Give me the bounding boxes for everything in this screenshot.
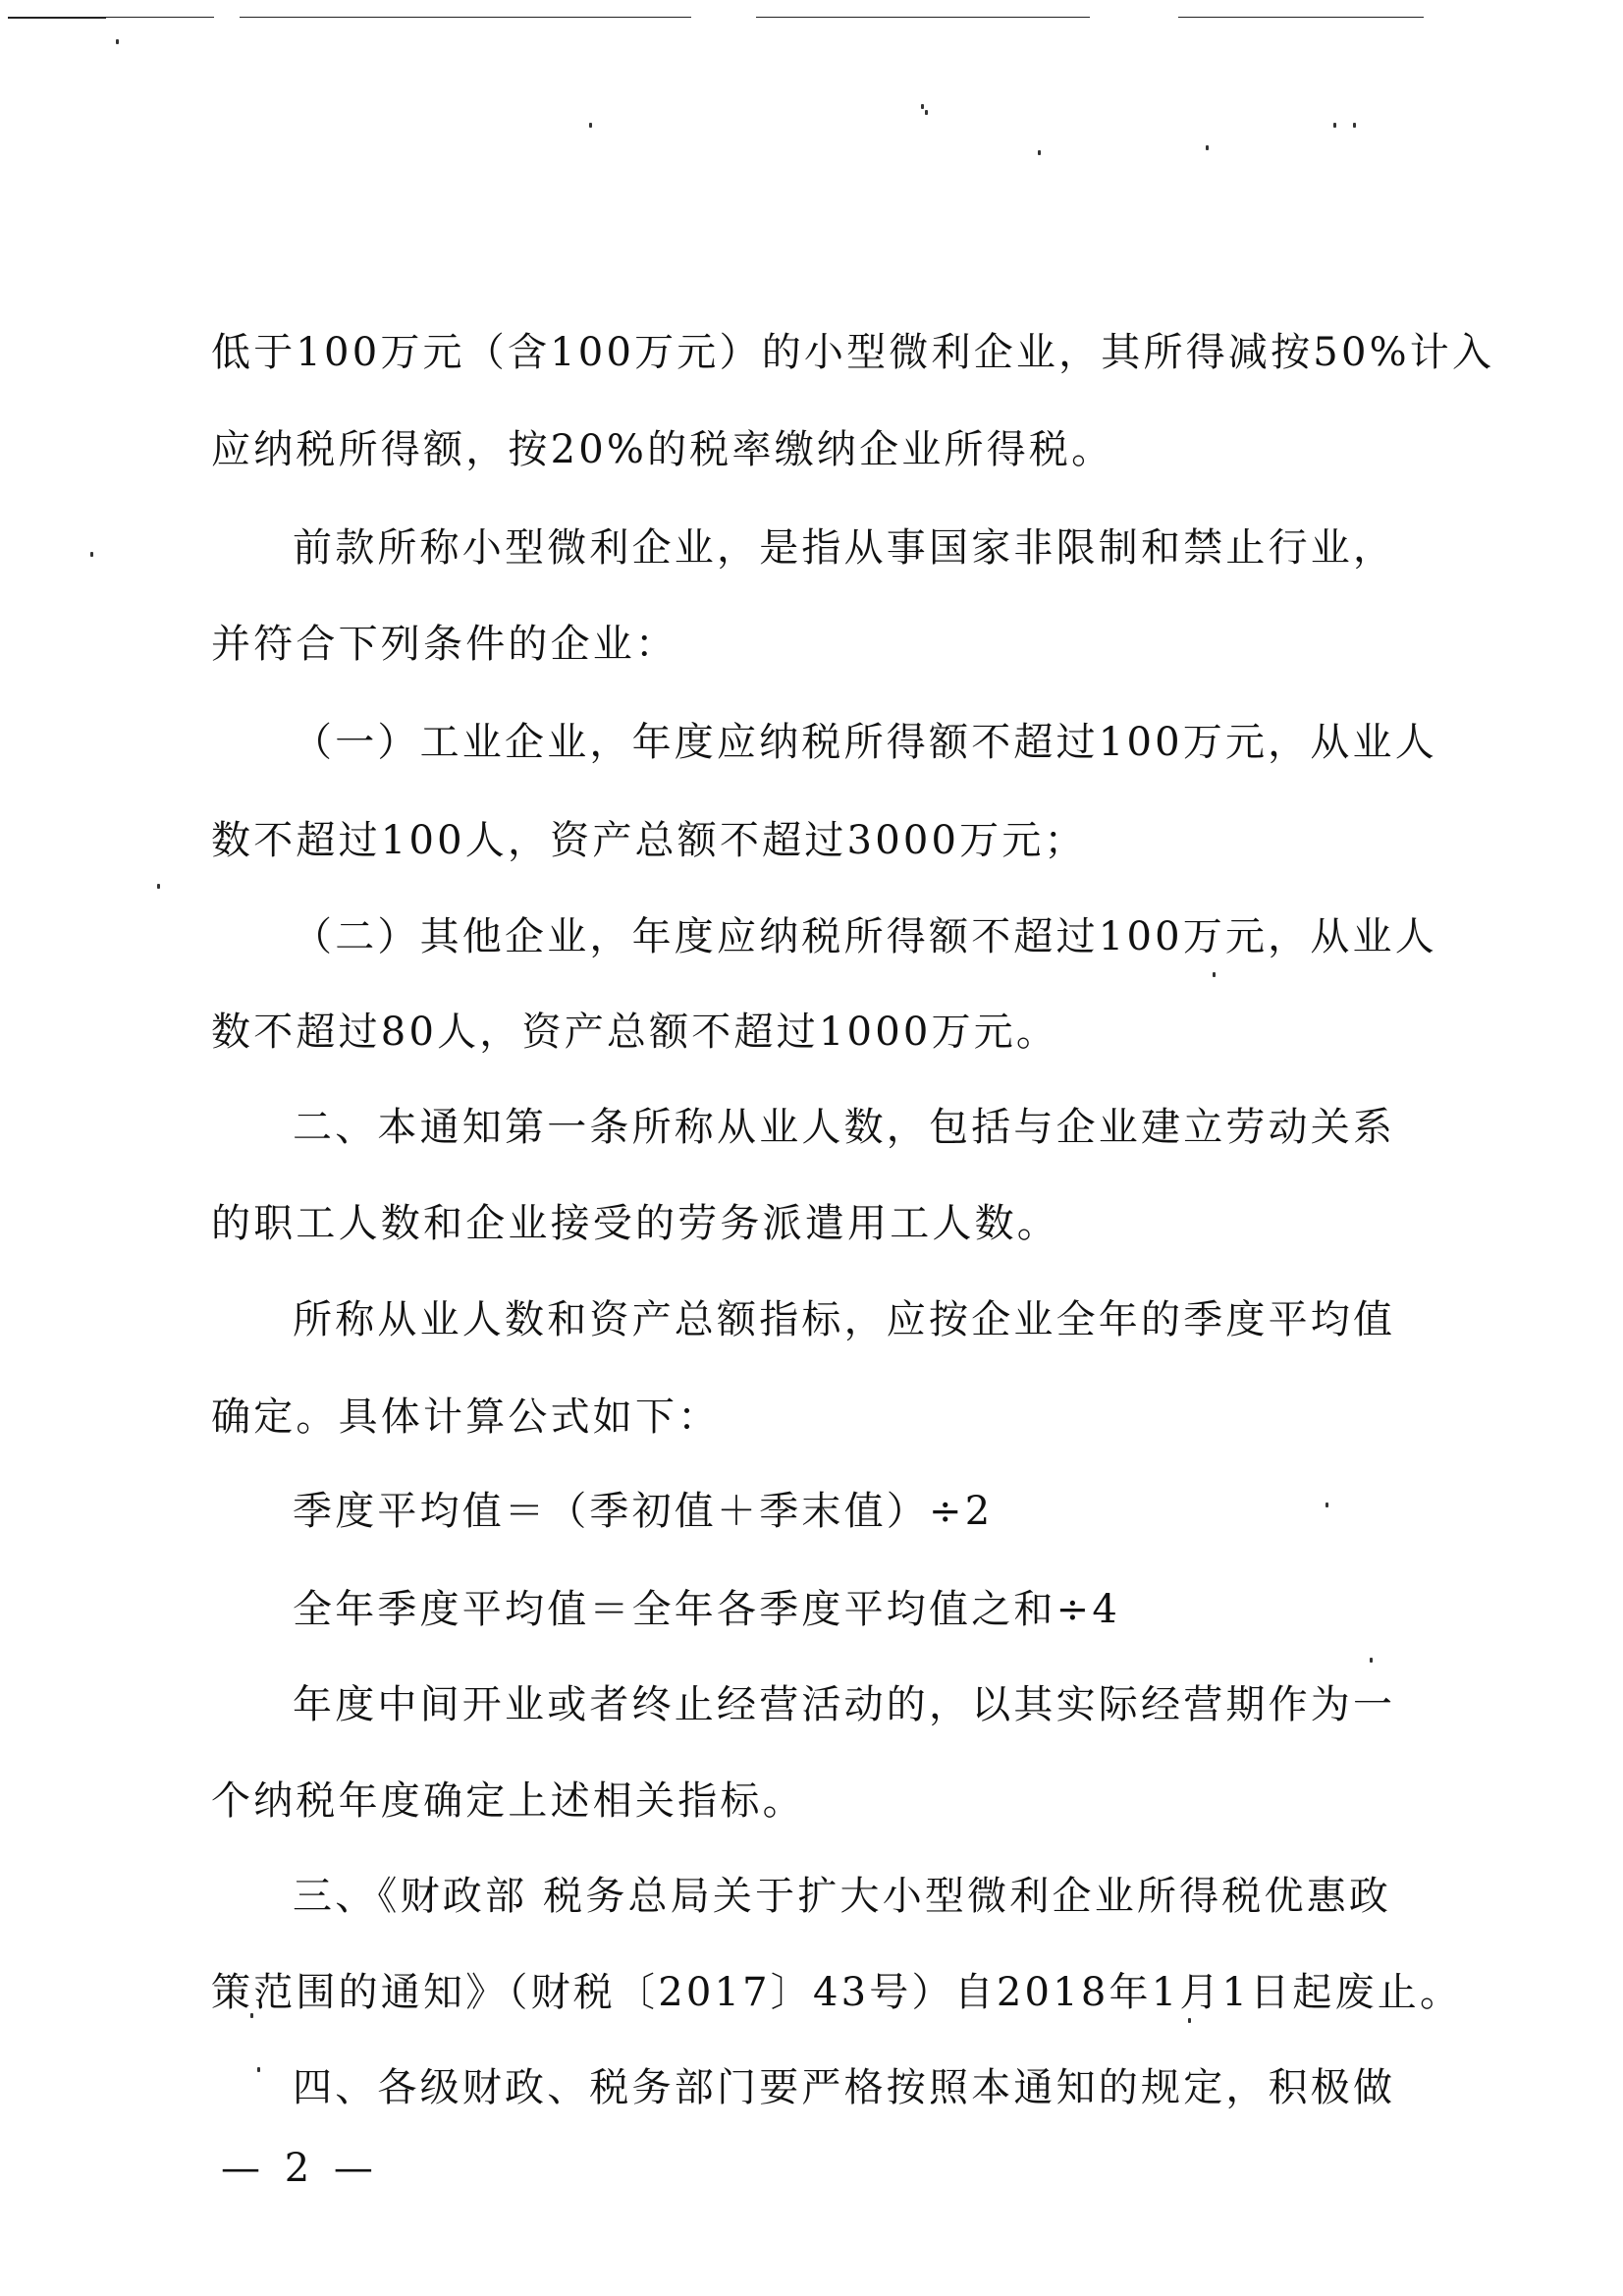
speck xyxy=(1370,1658,1373,1663)
speck xyxy=(589,123,592,128)
paragraph-line: 所称从业人数和资产总额指标，应按企业全年的季度平均值 xyxy=(293,1294,1486,1345)
paragraph-line: 策范围的通知》（财税〔2017〕43号）自2018年1月1日起废止。 xyxy=(211,1967,1404,2018)
rule-segment xyxy=(756,17,1090,18)
rule-segment xyxy=(8,17,106,19)
page-number: — 2 — xyxy=(221,2146,379,2191)
speck xyxy=(921,104,924,109)
rule-segment xyxy=(106,17,214,18)
paragraph-line: 二、本通知第一条所称从业人数，包括与企业建立劳动关系 xyxy=(293,1102,1486,1153)
formula-line: 季度平均值＝（季初值＋季末值）÷2 xyxy=(293,1486,1486,1537)
paragraph-line: 并符合下列条件的企业： xyxy=(211,619,1404,670)
speck xyxy=(90,552,93,557)
speck xyxy=(257,2067,260,2072)
speck xyxy=(1038,150,1041,155)
rule-segment xyxy=(1178,17,1424,18)
paragraph-line: （一）工业企业，年度应纳税所得额不超过100万元，从业人 xyxy=(293,717,1486,768)
speck xyxy=(116,39,119,44)
speck xyxy=(1213,972,1216,977)
speck xyxy=(1206,145,1209,150)
formula-line: 全年季度平均值＝全年各季度平均值之和÷4 xyxy=(293,1584,1486,1635)
paragraph-line: 的职工人数和企业接受的劳务派遣用工人数。 xyxy=(211,1198,1404,1249)
paragraph-line: 年度中间开业或者终止经营活动的，以其实际经营期作为一 xyxy=(293,1679,1486,1730)
speck xyxy=(1333,123,1336,128)
speck xyxy=(1353,123,1356,128)
paragraph-line: 低于100万元（含100万元）的小型微利企业，其所得减按50%计入 xyxy=(211,327,1404,378)
paragraph-line: 确定。具体计算公式如下： xyxy=(211,1392,1404,1443)
rule-segment xyxy=(240,17,691,18)
paragraph-line: 个纳税年度确定上述相关指标。 xyxy=(211,1776,1404,1827)
paragraph-line: 数不超过80人，资产总额不超过1000万元。 xyxy=(211,1007,1404,1058)
speck xyxy=(1188,2018,1191,2023)
paragraph-line: （二）其他企业，年度应纳税所得额不超过100万元，从业人 xyxy=(293,911,1486,962)
paragraph-line: 数不超过100人，资产总额不超过3000万元； xyxy=(211,815,1404,866)
paragraph-line: 四、各级财政、税务部门要严格按照本通知的规定，积极做 xyxy=(293,2062,1486,2113)
speck xyxy=(157,884,160,889)
speck xyxy=(925,110,928,115)
paragraph-line: 三、《财政部 税务总局关于扩大小型微利企业所得税优惠政 xyxy=(293,1871,1486,1922)
paragraph-line: 应纳税所得额，按20%的税率缴纳企业所得税。 xyxy=(211,424,1404,475)
paragraph-line: 前款所称小型微利企业，是指从事国家非限制和禁止行业， xyxy=(293,522,1486,574)
